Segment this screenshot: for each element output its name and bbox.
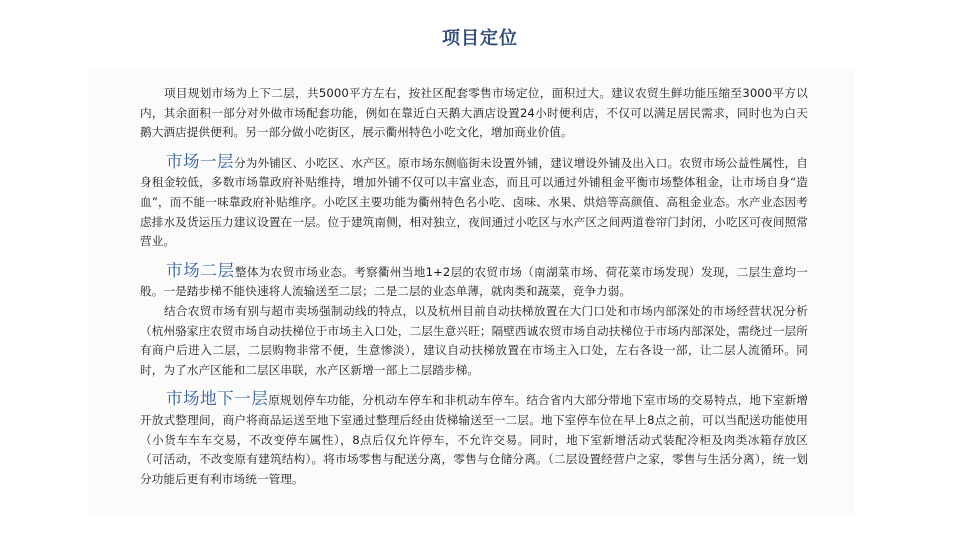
section-body-floor-2-continued: 结合农贸市场有别与超市卖场强制动线的特点，以及杭州目前自动扶梯放置在大门口处和市… <box>140 302 808 380</box>
intro-paragraph: 项目规划市场为上下二层，共5000平方左右，按社区配套零售市场定位，面积过大。建… <box>140 84 808 143</box>
page-title: 项目定位 <box>0 24 960 50</box>
section-heading-floor-1: 市场一层 <box>166 152 234 171</box>
section-heading-floor-2: 市场二层 <box>166 261 235 280</box>
section-body-floor-2: 整体为农贸市场业态。考察衢州当地1+2层的农贸市场（南湖菜市场、荷花菜市场发现）… <box>140 265 808 299</box>
section-floor-2: 市场二层整体为农贸市场业态。考察衢州当地1+2层的农贸市场（南湖菜市场、荷花菜市… <box>140 261 808 302</box>
section-heading-basement: 市场地下一层 <box>166 389 268 408</box>
section-body-floor-1: 分为外铺区、小吃区、水产区。原市场东侧临街未设置外铺，建议增设外铺及出入口。农贸… <box>140 156 808 248</box>
section-basement: 市场地下一层原规划停车功能，分机动车停车和非机动车停车。结合省内大部分带地下室市… <box>140 389 808 489</box>
section-floor-1: 市场一层分为外铺区、小吃区、水产区。原市场东侧临街未设置外铺，建议增设外铺及出入… <box>140 152 808 252</box>
document-body: 项目规划市场为上下二层，共5000平方左右，按社区配套零售市场定位，面积过大。建… <box>140 84 808 489</box>
